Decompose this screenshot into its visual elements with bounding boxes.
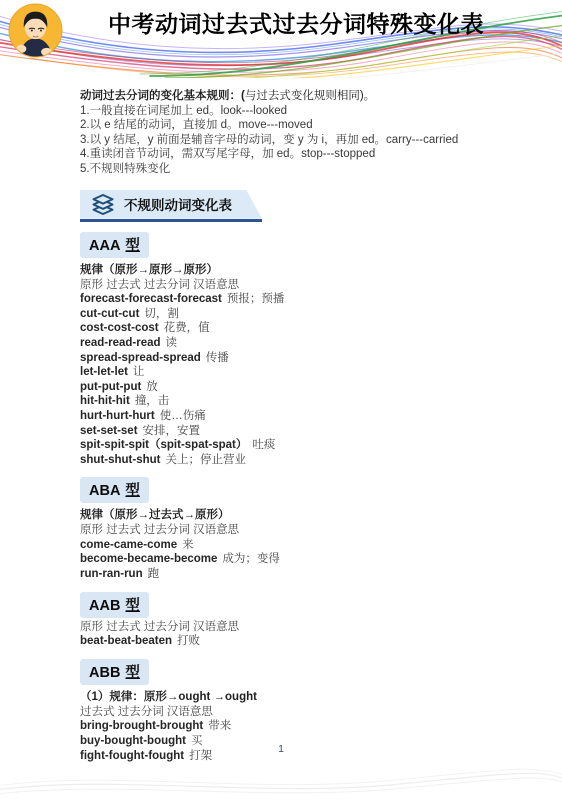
footer-waves-decoration: [0, 760, 562, 800]
verb-row: set-set-set安排，安置: [80, 424, 496, 439]
verb-forms: put-put-put: [80, 381, 141, 393]
column-headers: 原形 过去式 过去分词 汉语意思: [80, 278, 496, 293]
intro-rule-2: 2.以 e 结尾的动词，直接加 d。move---moved: [80, 118, 496, 133]
type-suffix: 型: [125, 238, 140, 254]
intro-rule-1: 1.一般直接在词尾加上 ed。look---looked: [80, 104, 496, 119]
verb-meaning: 成为；变得: [222, 553, 280, 565]
type-label: AAB: [89, 598, 120, 614]
column-headers: 原形 过去式 过去分词 汉语意思: [80, 523, 496, 538]
page-number: 1: [0, 743, 562, 755]
verb-forms: spread-spread-spread: [80, 352, 201, 364]
verb-meaning: 来: [182, 539, 194, 551]
intro-heading-rest: 与过去式变化规则相同)。: [245, 90, 375, 102]
verb-meaning: 跑: [148, 568, 160, 580]
page-title: 中考动词过去式过去分词特殊变化表: [60, 6, 532, 39]
verb-row: cut-cut-cut切，割: [80, 307, 496, 322]
verb-meaning: 放: [146, 381, 158, 393]
verb-forms: cut-cut-cut: [80, 308, 139, 320]
verb-row: spread-spread-spread传播: [80, 351, 496, 366]
verb-forms: hurt-hurt-hurt: [80, 410, 155, 422]
verb-row: become-became-become成为；变得: [80, 552, 496, 567]
irregular-table-badge-inner: 不规则动词变化表: [80, 190, 262, 219]
verb-forms: become-became-become: [80, 553, 217, 565]
verb-section-aab: AAB型原形 过去式 过去分词 汉语意思beat-beat-beaten打败: [80, 582, 496, 649]
verb-section-aaa: AAA型规律（原形→原形→原形）原形 过去式 过去分词 汉语意思forecast…: [80, 222, 496, 468]
verb-forms: cost-cost-cost: [80, 322, 159, 334]
type-suffix: 型: [125, 665, 140, 681]
verb-row: put-put-put放: [80, 380, 496, 395]
type-badge-aaa: AAA型: [80, 232, 149, 258]
verb-meaning: 撞，击: [135, 395, 170, 407]
verb-meaning: 传播: [206, 352, 229, 364]
verb-row: beat-beat-beaten打败: [80, 634, 496, 649]
intro-rule-4: 4.重读闭音节动词，需双写尾字母，加 ed。stop---stopped: [80, 147, 496, 162]
verb-forms: let-let-let: [80, 366, 128, 378]
header-banner: 中考动词过去式过去分词特殊变化表: [0, 0, 562, 76]
intro-rule-3: 3.以 y 结尾，y 前面是辅音字母的动词，变 y 为 i，再加 ed。carr…: [80, 133, 496, 148]
type-label: AAA: [89, 238, 120, 254]
verb-meaning: 让: [133, 366, 145, 378]
verb-meaning: 打败: [177, 635, 200, 647]
verb-meaning: 关上；停止营业: [165, 454, 246, 466]
verb-forms: hit-hit-hit: [80, 395, 130, 407]
intro-rule-5: 5.不规则特殊变化: [80, 162, 496, 177]
verb-forms: run-ran-run: [80, 568, 143, 580]
verb-row: come-came-come来: [80, 538, 496, 553]
verb-row: hit-hit-hit撞，击: [80, 394, 496, 409]
verb-meaning: 读: [166, 337, 178, 349]
irregular-table-badge: 不规则动词变化表: [80, 190, 262, 222]
verb-row: read-read-read读: [80, 336, 496, 351]
books-icon: [90, 193, 116, 216]
sections: AAA型规律（原形→原形→原形）原形 过去式 过去分词 汉语意思forecast…: [80, 222, 496, 764]
column-headers: 过去式 过去分词 汉语意思: [80, 705, 496, 720]
type-suffix: 型: [125, 483, 140, 499]
verb-meaning: 吐痰: [252, 439, 275, 451]
verb-row: bring-brought-brought带来: [80, 719, 496, 734]
type-badge-aab: AAB型: [80, 592, 149, 618]
verb-row: forecast-forecast-forecast预报；预播: [80, 292, 496, 307]
verb-meaning: 带来: [208, 720, 231, 732]
verb-meaning: 切，割: [144, 308, 179, 320]
verb-forms: shut-shut-shut: [80, 454, 160, 466]
verb-row: run-ran-run跑: [80, 567, 496, 582]
verb-forms: beat-beat-beaten: [80, 635, 172, 647]
verb-row: let-let-let让: [80, 365, 496, 380]
type-label: ABA: [89, 483, 120, 499]
intro-rules: 1.一般直接在词尾加上 ed。look---looked2.以 e 结尾的动词，…: [80, 104, 496, 177]
verb-meaning: 预报；预播: [227, 293, 285, 305]
section-rule: （1）规律：原形→ought →ought: [80, 690, 496, 705]
type-badge-abb: ABB型: [80, 659, 149, 685]
verb-row: hurt-hurt-hurt使…伤痛: [80, 409, 496, 424]
intro-heading: 动词过去分词的变化基本规则：(与过去式变化规则相同)。: [80, 89, 496, 104]
verb-forms: read-read-read: [80, 337, 161, 349]
verb-forms: bring-brought-brought: [80, 720, 203, 732]
author-avatar: [8, 3, 63, 58]
type-suffix: 型: [125, 598, 140, 614]
verb-forms: spit-spit-spit（spit-spat-spat）: [80, 439, 247, 451]
document-body: 动词过去分词的变化基本规则：(与过去式变化规则相同)。 1.一般直接在词尾加上 …: [0, 76, 562, 763]
verb-meaning: 安排，安置: [143, 425, 201, 437]
intro-heading-bold: 动词过去分词的变化基本规则：(: [80, 90, 245, 102]
type-label: ABB: [89, 665, 120, 681]
section-rule: 规律（原形→过去式→原形）: [80, 508, 496, 523]
irregular-table-badge-label: 不规则动词变化表: [124, 194, 232, 214]
verb-forms: come-came-come: [80, 539, 177, 551]
verb-meaning: 使…伤痛: [160, 410, 206, 422]
verb-forms: set-set-set: [80, 425, 138, 437]
verb-section-aba: ABA型规律（原形→过去式→原形）原形 过去式 过去分词 汉语意思come-ca…: [80, 467, 496, 581]
verb-row: cost-cost-cost花费，值: [80, 321, 496, 336]
type-badge-aba: ABA型: [80, 477, 149, 503]
verb-meaning: 花费，值: [164, 322, 210, 334]
column-headers: 原形 过去式 过去分词 汉语意思: [80, 620, 496, 635]
verb-forms: forecast-forecast-forecast: [80, 293, 222, 305]
document-page: 中考动词过去式过去分词特殊变化表 动词过去分词的变化基本规则：(与过去式变化规则…: [0, 0, 562, 800]
section-rule: 规律（原形→原形→原形）: [80, 263, 496, 278]
verb-row: spit-spit-spit（spit-spat-spat）吐痰: [80, 438, 496, 453]
verb-row: shut-shut-shut关上；停止营业: [80, 453, 496, 468]
